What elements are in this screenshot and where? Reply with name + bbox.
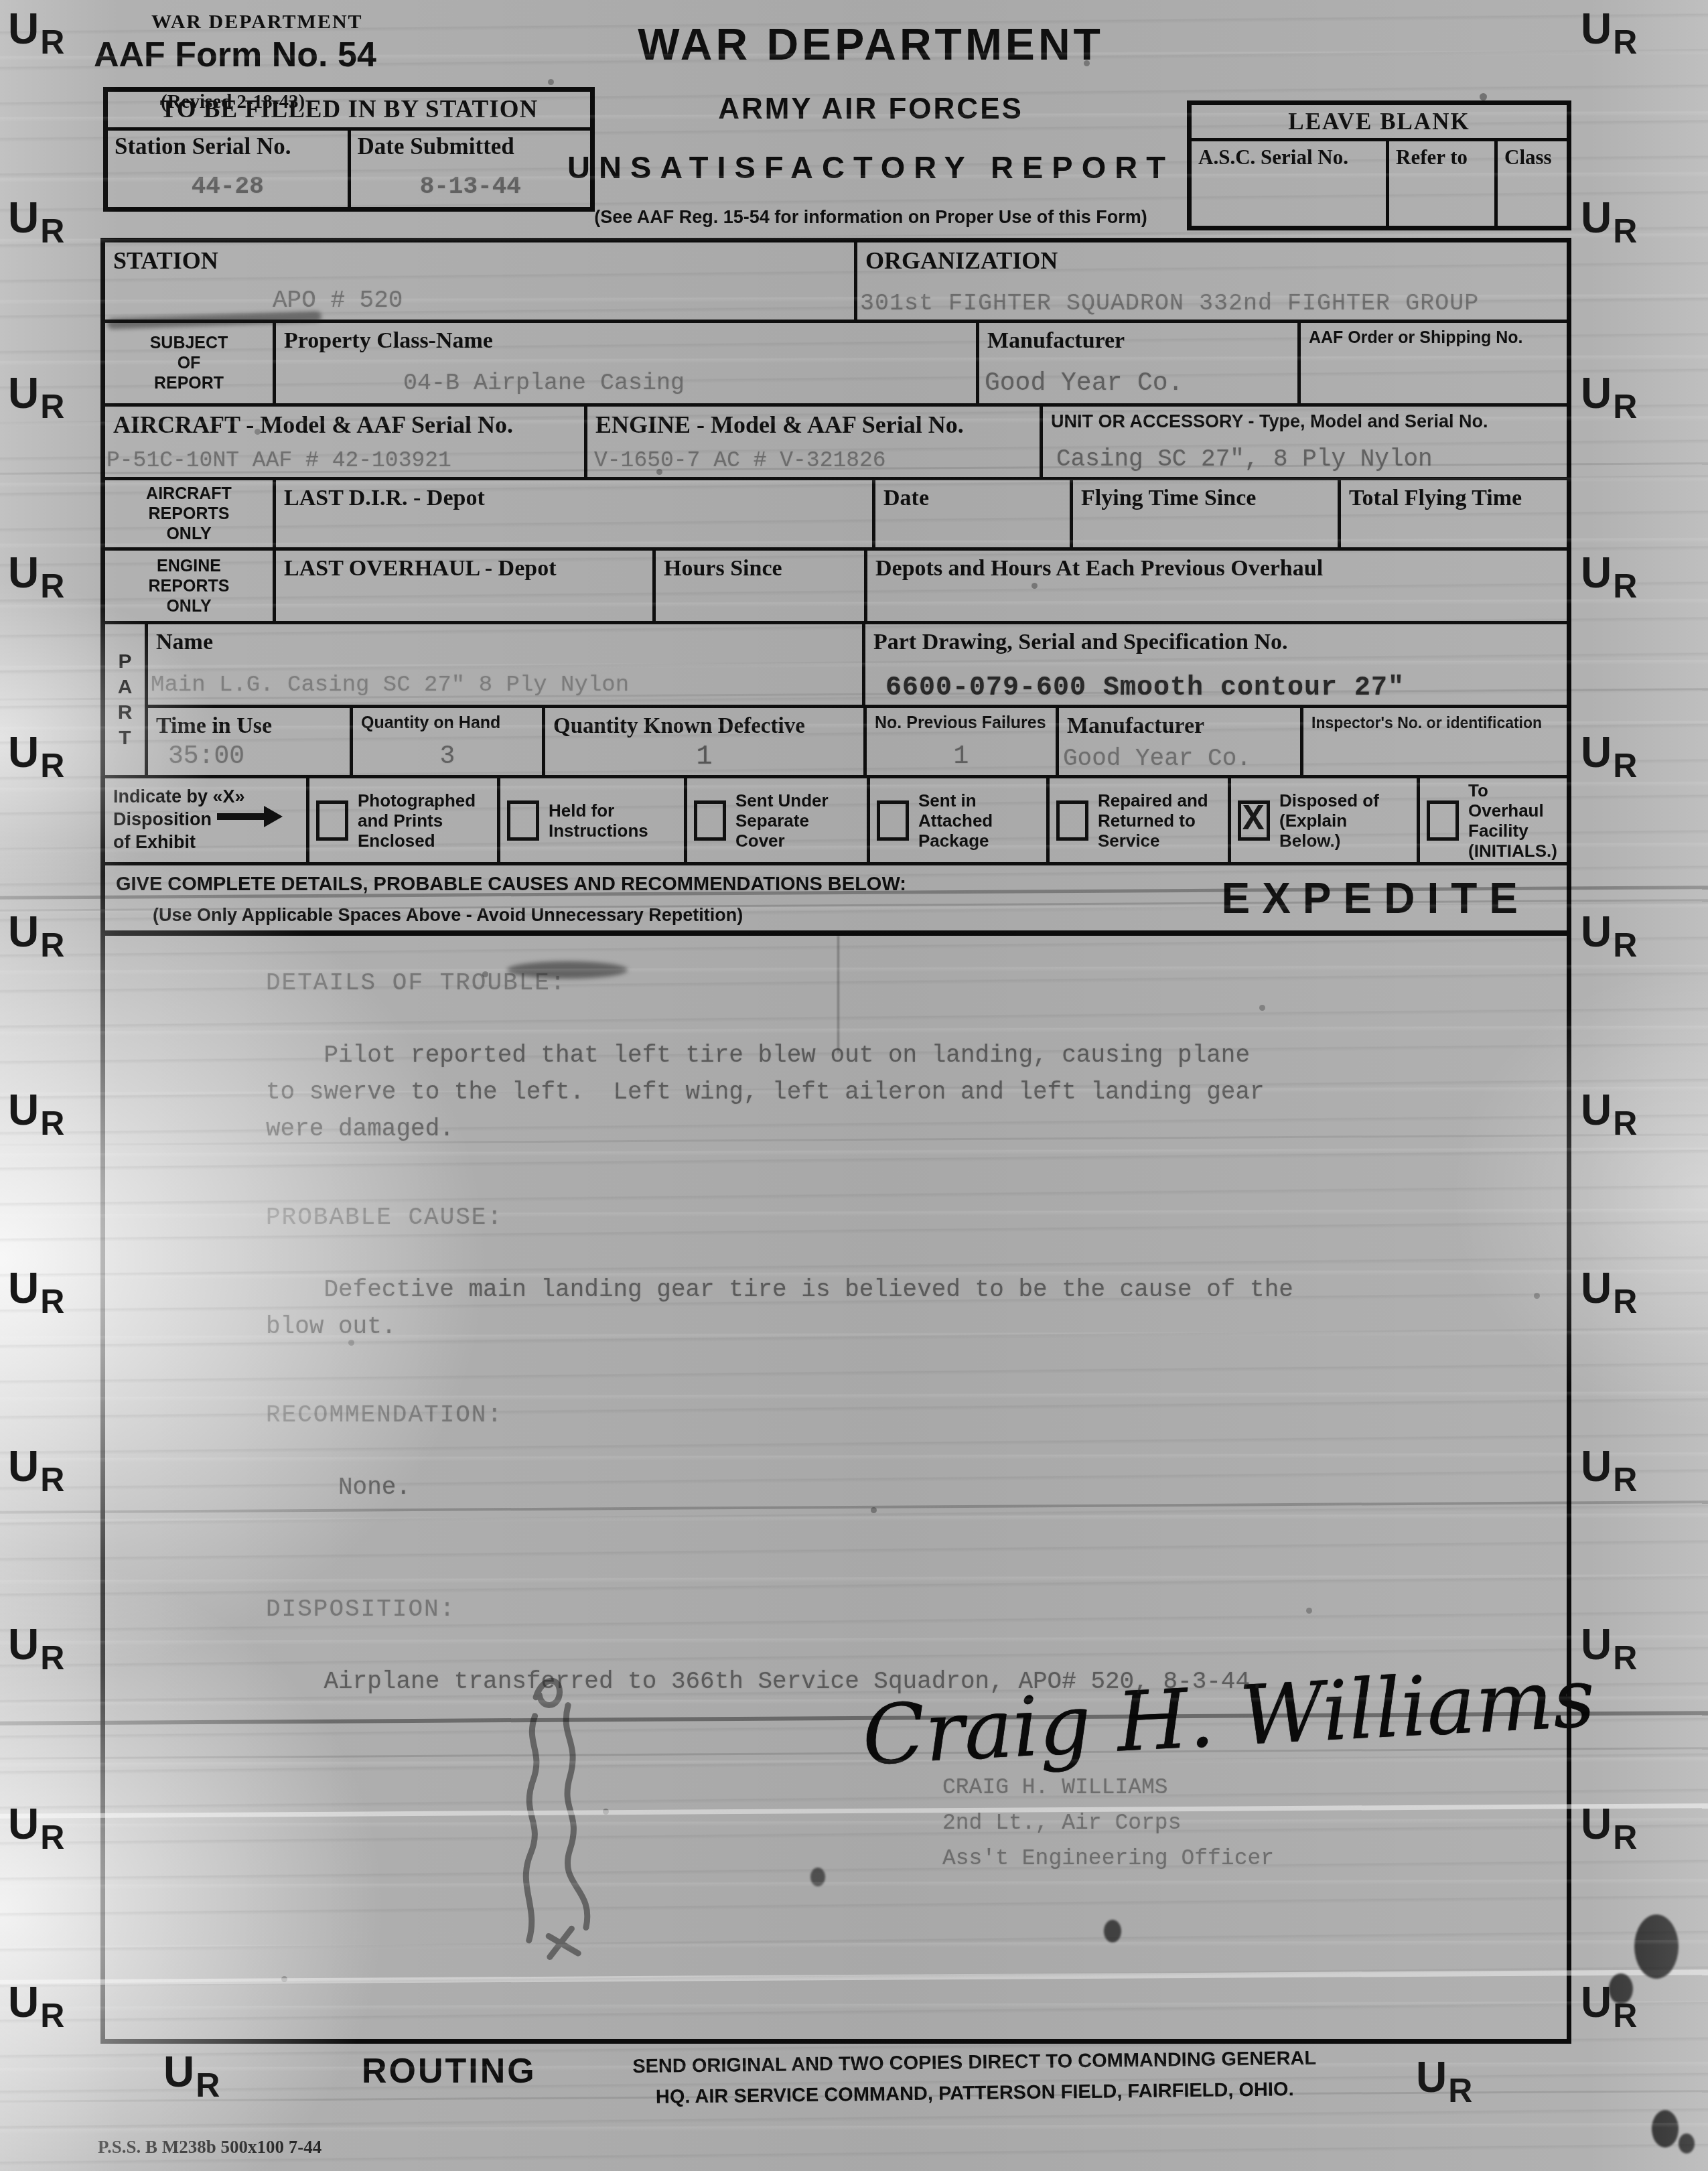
ur-stamp: UR [8, 1263, 64, 1313]
previous-overhaul-label: Depots and Hours At Each Previous Overha… [875, 556, 1559, 581]
ink-blob [1679, 2133, 1695, 2154]
signature-typed-block: CRAIG H. WILLIAMS2nd Lt., Air CorpsAss't… [942, 1770, 1274, 1876]
total-flying-time-label: Total Flying Time [1349, 486, 1559, 511]
station-value: APO # 520 [273, 287, 403, 314]
ur-stamp: UR [1581, 1263, 1637, 1313]
quantity-defective-cell: Quantity Known Defective 1 [542, 708, 863, 775]
checkbox-icon[interactable] [316, 800, 348, 841]
ur-stamp: UR [163, 2047, 220, 2097]
arrow-icon [217, 813, 265, 820]
part-drawing-label: Part Drawing, Serial and Specification N… [873, 630, 1559, 655]
last-overhaul-depot-label: LAST OVERHAUL - Depot [284, 556, 644, 581]
ur-stamp: UR [1581, 1620, 1637, 1669]
time-in-use-label: Time in Use [156, 713, 342, 739]
body-section: PROBABLE CAUSE: Defective main landing g… [266, 1204, 1293, 1345]
exhibit-option-label: Sent Under Separate Cover [735, 790, 860, 851]
war-dept-small-label: WAR DEPARTMENT [151, 11, 363, 33]
checkbox-icon[interactable] [507, 800, 539, 841]
organization-value: 301st FIGHTER SQUADRON 332nd FIGHTER GRO… [860, 290, 1479, 317]
aaf-order-label: AAF Order or Shipping No. [1309, 328, 1559, 348]
ur-stamp: UR [8, 1085, 64, 1135]
dir-date-cell: Date [872, 480, 1070, 547]
ur-stamp: UR [8, 548, 64, 598]
aaf-order-cell: AAF Order or Shipping No. [1297, 323, 1567, 403]
ink-blob [1104, 1920, 1121, 1943]
exhibit-option: Sent in Attached Package [867, 778, 1046, 862]
inspector-no-cell: Inspector's No. or identification [1300, 708, 1567, 775]
class-cell: Class [1494, 141, 1567, 226]
dust-specks [0, 0, 3, 3]
checkbox-icon[interactable]: X [1238, 800, 1270, 841]
date-submitted-label: Date Submitted [358, 133, 514, 159]
date-submitted-value: 8-13-44 [351, 173, 591, 200]
station-serial-value: 44-28 [108, 173, 348, 200]
engine-reports-row: ENGINE REPORTS ONLY LAST OVERHAUL - Depo… [105, 551, 1567, 624]
body-section: DETAILS OF TROUBLE: Pilot reported that … [266, 969, 1265, 1147]
ur-stamp: UR [1581, 548, 1637, 598]
quantity-on-hand-cell: Quantity on Hand 3 [350, 708, 542, 775]
date-submitted-cell: Date Submitted 8-13-44 [351, 131, 591, 207]
part-drawing-value: 6600-079-600 Smooth contour 27" [885, 673, 1405, 703]
station-box-title: TO BE FILLED IN BY STATION [108, 92, 590, 131]
unit-accessory-cell: UNIT OR ACCESSORY - Type, Model and Seri… [1040, 407, 1567, 477]
hours-since-label: Hours Since [664, 556, 856, 581]
aircraft-reports-row: AIRCRAFT REPORTS ONLY LAST D.I.R. - Depo… [105, 480, 1567, 551]
hours-since-cell: Hours Since [652, 551, 864, 621]
ur-stamp: UR [1416, 2052, 1472, 2102]
part-manufacturer-value: Good Year Co. [1063, 745, 1251, 772]
ur-stamp: UR [8, 727, 64, 777]
leave-blank-box: LEAVE BLANK A.S.C. Serial No. Refer to C… [1187, 100, 1571, 230]
station-cell: STATION APO # 520 [105, 242, 854, 320]
expedite-stamp: EXPEDITE [1221, 873, 1530, 923]
scanned-form-page: WAR DEPARTMENT AAF Form No. 54 (Revised … [0, 0, 1708, 2171]
leave-blank-title: LEAVE BLANK [1192, 105, 1567, 141]
aircraft-reports-only-cell: AIRCRAFT REPORTS ONLY [105, 480, 273, 547]
manufacturer-value: Good Year Co. [985, 369, 1183, 398]
engine-reports-only-cell: ENGINE REPORTS ONLY [105, 551, 273, 621]
exhibit-option-label: Sent in Attached Package [918, 790, 1040, 851]
ur-stamp: UR [1581, 1799, 1637, 1849]
aircraft-model-label: AIRCRAFT - Model & AAF Serial No. [113, 412, 576, 437]
time-in-use-cell: Time in Use 35:00 [148, 708, 350, 775]
exhibit-row: Indicate by «X» Disposition of Exhibit P… [105, 778, 1567, 865]
station-serial-cell: Station Serial No. 44-28 [108, 131, 351, 207]
organization-cell: ORGANIZATION 301st FIGHTER SQUADRON 332n… [854, 242, 1567, 320]
station-org-row: STATION APO # 520 ORGANIZATION 301st FIG… [105, 242, 1567, 323]
exhibit-options: Photographed and Prints EnclosedHeld for… [306, 778, 1567, 862]
body-section: DISPOSITION: Airplane transferred to 366… [266, 1596, 1265, 1700]
last-overhaul-depot-cell: LAST OVERHAUL - Depot [273, 551, 652, 621]
ur-stamp: UR [8, 368, 64, 418]
ur-stamp: UR [8, 1620, 64, 1669]
ur-stamp: UR [8, 193, 64, 242]
exhibit-option: Sent Under Separate Cover [684, 778, 867, 862]
quantity-defective-label: Quantity Known Defective [553, 713, 855, 739]
ur-stamp: UR [8, 1799, 64, 1849]
subject-row: SUBJECT OF REPORT Property Class-Name 04… [105, 323, 1567, 407]
routing-label: ROUTING [362, 2051, 537, 2091]
previous-overhaul-cell: Depots and Hours At Each Previous Overha… [864, 551, 1567, 621]
station-fill-box: TO BE FILLED IN BY STATION Station Seria… [103, 87, 595, 212]
title-war-department: WAR DEPARTMENT [462, 19, 1279, 70]
time-in-use-value: 35:00 [168, 742, 244, 771]
inspector-no-label: Inspector's No. or identification [1311, 713, 1559, 733]
quantity-defective-value: 1 [545, 742, 863, 772]
previous-failures-value: 1 [867, 742, 1056, 771]
part-manufacturer-label: Manufacturer [1067, 713, 1292, 739]
engine-model-cell: ENGINE - Model & AAF Serial No. V-1650-7… [584, 407, 1040, 477]
routing-instructions: SEND ORIGINAL AND TWO COPIES DIRECT TO C… [589, 2042, 1360, 2113]
ur-stamp: UR [1581, 727, 1637, 777]
form-table: STATION APO # 520 ORGANIZATION 301st FIG… [100, 238, 1571, 2044]
part-vertical-label: P A R T [105, 624, 148, 775]
quantity-on-hand-value: 3 [353, 742, 542, 771]
exhibit-option-label: To Overhaul Facility (INITIALS.) [1468, 780, 1560, 861]
exhibit-option-label: Disposed of (Explain Below.) [1279, 790, 1410, 851]
ink-blob [810, 1868, 825, 1886]
manufacturer-label: Manufacturer [987, 328, 1289, 354]
flying-time-since-cell: Flying Time Since [1070, 480, 1338, 547]
checkbox-icon[interactable] [877, 800, 909, 841]
ur-stamp: UR [1581, 907, 1637, 957]
print-code: P.S.S. B M238b 500x100 7-44 [98, 2137, 322, 2158]
dir-date-label: Date [883, 486, 1062, 511]
exhibit-option-label: Photographed and Prints Enclosed [358, 790, 490, 851]
aircraft-engine-row: AIRCRAFT - Model & AAF Serial No. P-51C-… [105, 407, 1567, 480]
ur-stamp: UR [1581, 368, 1637, 418]
aircraft-model-cell: AIRCRAFT - Model & AAF Serial No. P-51C-… [105, 407, 584, 477]
exhibit-option: Photographed and Prints Enclosed [306, 778, 497, 862]
details-header-row: GIVE COMPLETE DETAILS, PROBABLE CAUSES A… [105, 865, 1567, 936]
flying-time-since-label: Flying Time Since [1081, 486, 1330, 511]
ur-stamp: UR [1581, 193, 1637, 242]
last-dir-depot-cell: LAST D.I.R. - Depot [273, 480, 872, 547]
exhibit-option: To Overhaul Facility (INITIALS.) [1417, 778, 1567, 862]
engine-model-label: ENGINE - Model & AAF Serial No. [595, 412, 1031, 437]
exhibit-indicate-label: Indicate by «X» Disposition of Exhibit [105, 778, 306, 862]
part-name-label: Name [156, 630, 854, 655]
ur-stamp: UR [8, 907, 64, 957]
ink-blob [1634, 1914, 1679, 1979]
part-rows: P A R T Name Main L.G. Casing SC 27" 8 P… [105, 624, 1567, 778]
quantity-on-hand-label: Quantity on Hand [361, 713, 534, 733]
last-dir-depot-label: LAST D.I.R. - Depot [284, 486, 864, 511]
exhibit-option-label: Repaired and Returned to Service [1098, 790, 1221, 851]
aircraft-model-value: P-51C-10NT AAF # 42-103921 [106, 448, 451, 473]
exhibit-option: XDisposed of (Explain Below.) [1228, 778, 1417, 862]
body-section: RECOMMENDATION: None. [266, 1401, 503, 1506]
ur-stamp: UR [1581, 1977, 1637, 2027]
previous-failures-label: No. Previous Failures [875, 713, 1048, 733]
previous-failures-cell: No. Previous Failures 1 [863, 708, 1056, 775]
checkbox-icon[interactable] [694, 800, 726, 841]
exhibit-option: Held for Instructions [497, 778, 684, 862]
station-label: STATION [113, 248, 846, 273]
ink-blob [1652, 2110, 1679, 2148]
checkbox-icon[interactable] [1056, 800, 1088, 841]
form-number: AAF Form No. 54 [94, 35, 376, 75]
part-manufacturer-cell: Manufacturer Good Year Co. [1056, 708, 1300, 775]
ur-stamp: UR [1581, 1085, 1637, 1135]
ur-stamp: UR [8, 1977, 64, 2027]
manufacturer-cell: Manufacturer Good Year Co. [976, 323, 1297, 403]
engine-model-value: V-1650-7 AC # V-321826 [594, 448, 886, 473]
part-drawing-cell: Part Drawing, Serial and Specification N… [862, 624, 1567, 705]
station-serial-label: Station Serial No. [115, 133, 291, 159]
total-flying-time-cell: Total Flying Time [1338, 480, 1567, 547]
checkbox-icon[interactable] [1427, 800, 1459, 841]
exhibit-option: Repaired and Returned to Service [1046, 778, 1228, 862]
ur-stamp: UR [1581, 1442, 1637, 1491]
part-name-cell: Name Main L.G. Casing SC 27" 8 Ply Nylon [148, 624, 862, 705]
ur-stamp: UR [8, 4, 64, 54]
property-class-cell: Property Class-Name 04-B Airplane Casing [273, 323, 976, 403]
unit-accessory-value: Casing SC 27", 8 Ply Nylon [1056, 445, 1433, 473]
property-class-value: 04-B Airplane Casing [403, 370, 685, 397]
ur-stamp: UR [1581, 4, 1637, 54]
ur-stamp: UR [8, 1442, 64, 1491]
subject-of-report-cell: SUBJECT OF REPORT [105, 323, 273, 403]
exhibit-option-label: Held for Instructions [549, 800, 677, 841]
part-name-value: Main L.G. Casing SC 27" 8 Ply Nylon [151, 673, 629, 698]
refer-to-cell: Refer to [1386, 141, 1494, 226]
report-body: Craig H. Williams CRAIG H. WILLIAMS2nd L… [105, 936, 1567, 2039]
asc-serial-cell: A.S.C. Serial No. [1192, 141, 1386, 226]
property-class-label: Property Class-Name [284, 328, 968, 354]
unit-accessory-label: UNIT OR ACCESSORY - Type, Model and Seri… [1051, 412, 1559, 431]
organization-label: ORGANIZATION [865, 248, 1559, 273]
